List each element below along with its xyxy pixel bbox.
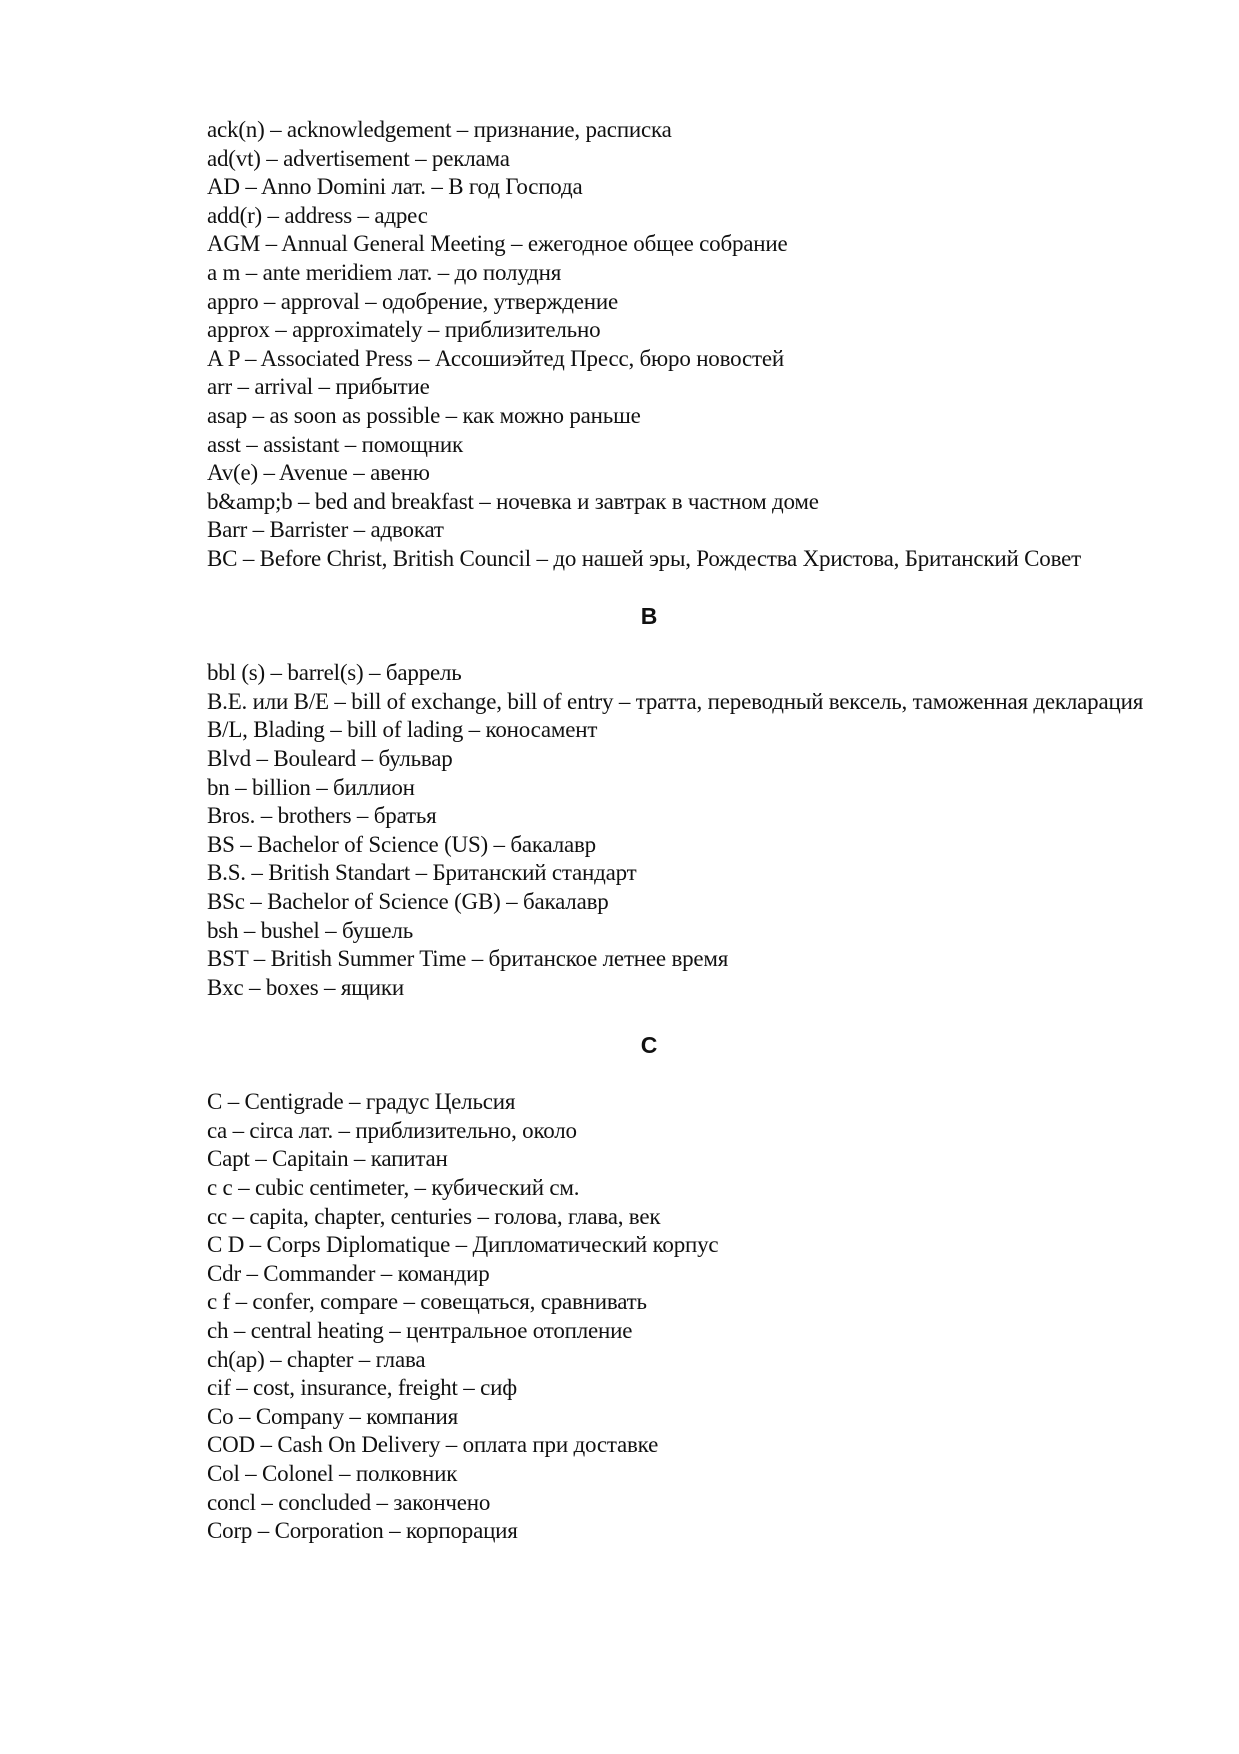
entry-bsh: bsh – bushel – бушель [147, 917, 1151, 946]
entry-bros: Bros. – brothers – братья [147, 802, 1151, 831]
entry-corp: Corp – Corporation – корпорация [147, 1517, 1151, 1546]
entry-ad-vt: ad(vt) – advertisement – реклама [147, 145, 1151, 174]
spacer [147, 631, 1151, 660]
entry-cif: cif – cost, insurance, freight – сиф [147, 1374, 1151, 1403]
spacer [147, 1060, 1151, 1089]
entry-am: a m – ante meridiem лат. – до полудня [147, 259, 1151, 288]
section-a: ack(n) – acknowledgement – признание, ра… [147, 116, 1151, 574]
entry-bl: B/L, Blading – bill of lading – коносаме… [147, 716, 1151, 745]
entry-ave: Av(e) – Avenue – авеню [147, 459, 1151, 488]
entry-approx: approx – approximately – приблизительно [147, 316, 1151, 345]
entry-bn: bn – billion – биллион [147, 774, 1151, 803]
entry-agm: AGM – Annual General Meeting – ежегодное… [147, 230, 1151, 259]
entry-c: C – Centigrade – градус Цельсия [147, 1088, 1151, 1117]
entry-be: B.E. или B/E – bill of exchange, bill of… [147, 688, 1151, 717]
entry-asap: asap – as soon as possible – как можно р… [147, 402, 1151, 431]
entry-chap: ch(ap) – chapter – глава [147, 1346, 1151, 1375]
entry-barr: Barr – Barrister – адвокат [147, 516, 1151, 545]
entry-cdr: Cdr – Commander – командир [147, 1260, 1151, 1289]
entry-ad: AD – Anno Domini лат. – В год Господа [147, 173, 1151, 202]
entry-bbl: bbl (s) – barrel(s) – баррель [147, 659, 1151, 688]
section-c: C C – Centigrade – градус Цельсия ca – c… [147, 1031, 1151, 1546]
entry-bnb: b&amp;b – bed and breakfast – ночевка и … [147, 488, 1151, 517]
entry-asst: asst – assistant – помощник [147, 431, 1151, 460]
entry-bs-us: BS – Bachelor of Science (US) – бакалавр [147, 831, 1151, 860]
section-heading-c: C [147, 1031, 1151, 1060]
entry-bs-standart: B.S. – British Standart – Британский ста… [147, 859, 1151, 888]
entry-appro: appro – approval – одобрение, утверждени… [147, 288, 1151, 317]
entry-cod: COD – Cash On Delivery – оплата при дост… [147, 1431, 1151, 1460]
document-page: ack(n) – acknowledgement – признание, ра… [147, 116, 1151, 1546]
entry-ack: ack(n) – acknowledgement – признание, ра… [147, 116, 1151, 145]
entry-ch: ch – central heating – центральное отопл… [147, 1317, 1151, 1346]
spacer [147, 1002, 1151, 1031]
entry-bsc: BSc – Bachelor of Science (GB) – бакалав… [147, 888, 1151, 917]
entry-cf: c f – confer, compare – совещаться, срав… [147, 1288, 1151, 1317]
entry-concl: concl – concluded – закончено [147, 1489, 1151, 1518]
entry-capt: Capt – Capitain – капитан [147, 1145, 1151, 1174]
entry-blvd: Blvd – Bouleard – бульвар [147, 745, 1151, 774]
section-b: B bbl (s) – barrel(s) – баррель B.E. или… [147, 602, 1151, 1002]
entry-col: Col – Colonel – полковник [147, 1460, 1151, 1489]
section-heading-b: B [147, 602, 1151, 631]
entry-cc: cc – capita, chapter, centuries – голова… [147, 1203, 1151, 1232]
entry-add: add(r) – address – адрес [147, 202, 1151, 231]
spacer [147, 574, 1151, 603]
entry-bc: BC – Before Christ, British Council – до… [147, 545, 1151, 574]
entry-ap: A P – Associated Press – Ассошиэйтед Пре… [147, 345, 1151, 374]
entry-bxc: Bxc – boxes – ящики [147, 974, 1151, 1003]
entry-cd: C D – Corps Diplomatique – Дипломатическ… [147, 1231, 1151, 1260]
entry-bst: BST – British Summer Time – британское л… [147, 945, 1151, 974]
entry-co: Co – Company – компания [147, 1403, 1151, 1432]
entry-ca: ca – circa лат. – приблизительно, около [147, 1117, 1151, 1146]
entry-cc-cubic: c c – cubic centimeter, – кубический см. [147, 1174, 1151, 1203]
entry-arr: arr – arrival – прибытие [147, 373, 1151, 402]
